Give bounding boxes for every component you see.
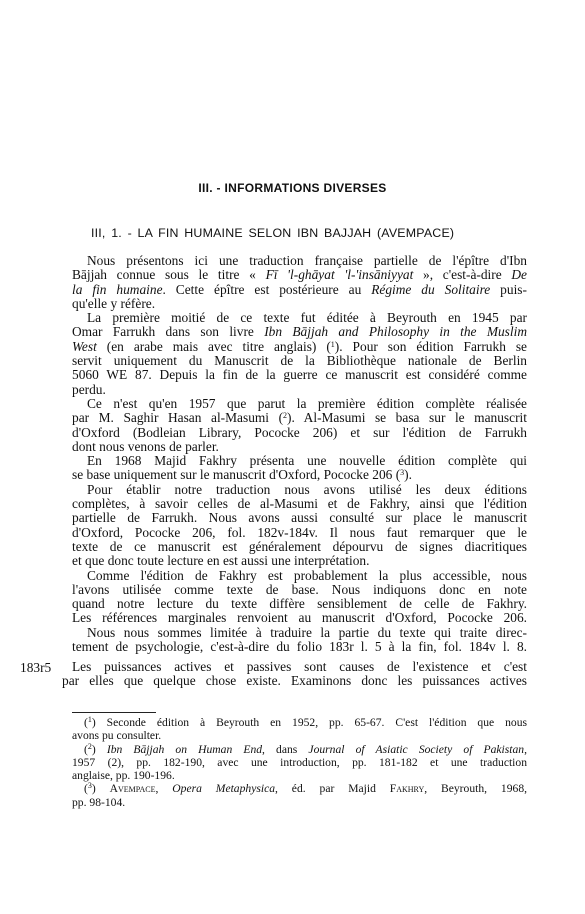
text-line: qu'elle y réfère. <box>72 297 527 311</box>
footnote-2: (2) Ibn Bājjah on Human End, dans Journa… <box>72 743 527 783</box>
text-line: Omar Farrukh dans son livre Ibn Bājjah a… <box>72 325 527 339</box>
italic-title: West <box>72 339 97 354</box>
text-fragment: », c'est-à-dire <box>413 267 511 282</box>
text-line: servit uniquement du Manuscrit de la Bib… <box>72 354 527 368</box>
text-line: dont nous venons de parler. <box>72 440 527 454</box>
text-line: Nous présentons ici une traduction franç… <box>72 254 527 268</box>
text-line: Comme l'édition de Fakhry est probableme… <box>72 569 527 583</box>
subsection-title: III, 1. - LA FIN HUMAINE SELON IBN BAJJA… <box>91 226 454 240</box>
paragraph-2: La première moitié de ce texte fut édité… <box>72 311 527 397</box>
italic-title: Ibn Bājjah on Human End <box>107 743 262 756</box>
text-line: par elles que quelque chose existe. Exam… <box>62 674 527 688</box>
text-fragment: , éd. par Majid <box>275 782 390 795</box>
text-line: 5060 WE 87. Depuis la fin de la guerre c… <box>72 368 527 382</box>
text-line: tement de psychologie, c'est-à-dire du f… <box>72 640 527 654</box>
text-line: Nous nous sommes limitée à traduire la p… <box>72 626 527 640</box>
text-fragment: ) <box>92 782 110 795</box>
text-fragment: puis- <box>490 282 527 297</box>
text-line: anglaise, pp. 190-196. <box>72 769 527 782</box>
text-line: la fin humaine. Cette épître est postéri… <box>72 283 527 297</box>
author-name: Fakhry <box>390 782 424 795</box>
italic-title: Journal of Asiatic Society of Pakistan <box>308 743 524 756</box>
text-line: d'Oxford (Bodleian Library, Pococke 206)… <box>72 426 527 440</box>
text-fragment: , Beyrouth, 1968, <box>424 782 527 795</box>
text-line: La première moitié de ce texte fut édité… <box>72 311 527 325</box>
intro-body: Nous présentons ici une traduction franç… <box>72 254 527 654</box>
footnotes: (1) Seconde édition à Beyrouth en 1952, … <box>72 716 527 809</box>
text-fragment: , <box>156 782 173 795</box>
text-line: se base uniquement sur le manuscrit d'Ox… <box>72 468 527 482</box>
text-fragment: (en arabe mais avec titre anglais) ( <box>97 339 331 354</box>
italic-title: Opera Metaphysica <box>172 782 275 795</box>
text-fragment: ). <box>404 467 412 482</box>
text-line: partielle de Farrukh. Nous avons aussi c… <box>72 511 527 525</box>
text-line: (3) Avempace, Opera Metaphysica, éd. par… <box>72 782 527 795</box>
footnote-1: (1) Seconde édition à Beyrouth en 1952, … <box>72 716 527 743</box>
text-line: et que donc toute lecture en est aussi u… <box>72 554 527 568</box>
italic-title: Ibn Bājjah and Philosophy in the Muslim <box>264 324 527 339</box>
translation-text: Les puissances actives et passives sont … <box>62 660 527 689</box>
text-line: complètes, à savoir celles de al-Masumi … <box>72 497 527 511</box>
text-line: Pour établir notre traduction nous avons… <box>72 483 527 497</box>
text-fragment: par M. Saghir Hasan al-Masumi ( <box>72 410 283 425</box>
italic-title: Régime du Solitaire <box>371 282 490 297</box>
document-page: III. - INFORMATIONS DIVERSES III, 1. - L… <box>0 0 585 914</box>
text-fragment: ). Al-Masumi se basa sur le manuscrit <box>287 410 527 425</box>
text-fragment: ) Seconde édition à Beyrouth en 1952, pp… <box>92 716 527 729</box>
text-line: Les puissances actives et passives sont … <box>62 660 527 674</box>
text-fragment: Omar Farrukh dans son livre <box>72 324 264 339</box>
footnote-3: (3) Avempace, Opera Metaphysica, éd. par… <box>72 782 527 809</box>
italic-title: la fin humaine <box>72 282 163 297</box>
paragraph-1: Nous présentons ici une traduction franç… <box>72 254 527 311</box>
text-line: Bājjah connue sous le titre « Fī 'l-ghāy… <box>72 268 527 282</box>
text-line: d'Oxford, Pococke 206, fol. 182v-184v. I… <box>72 526 527 540</box>
text-line: Ce n'est qu'en 1957 que parut la premièr… <box>72 397 527 411</box>
text-line: 1957 (2), pp. 182-190, avec une introduc… <box>72 756 527 769</box>
author-name: Avempace <box>110 782 156 795</box>
text-line: pp. 98-104. <box>72 796 527 809</box>
text-line: quand notre lecture du texte diffère sen… <box>72 597 527 611</box>
text-line: perdu. <box>72 383 527 397</box>
paragraph-7: Nous nous sommes limitée à traduire la p… <box>72 626 527 655</box>
text-line: West (en arabe mais avec titre anglais) … <box>72 340 527 354</box>
text-line: (1) Seconde édition à Beyrouth en 1952, … <box>72 716 527 729</box>
paragraph-4: En 1968 Majid Fakhry présenta une nouvel… <box>72 454 527 483</box>
text-line: l'avons utilisée comme texte de base. No… <box>72 583 527 597</box>
footnote-divider <box>72 712 156 713</box>
text-line: texte de ce manuscrit est généralement d… <box>72 540 527 554</box>
text-line: Les références marginales renvoient au m… <box>72 611 527 625</box>
italic-title: De <box>511 267 527 282</box>
text-line: En 1968 Majid Fakhry présenta une nouvel… <box>72 454 527 468</box>
text-fragment: , <box>524 743 527 756</box>
text-fragment: , dans <box>262 743 308 756</box>
text-fragment: Bājjah connue sous le titre « <box>72 267 266 282</box>
text-line: par M. Saghir Hasan al-Masumi (2). Al-Ma… <box>72 411 527 425</box>
text-line: (2) Ibn Bājjah on Human End, dans Journa… <box>72 743 527 756</box>
text-fragment: . Cette épître est postérieure au <box>163 282 372 297</box>
text-fragment: ). Pour son édition Farrukh se <box>335 339 527 354</box>
paragraph-3: Ce n'est qu'en 1957 que parut la premièr… <box>72 397 527 454</box>
italic-title: Fī 'l-ghāyat 'l-'insāniyyat <box>266 267 414 282</box>
paragraph-6: Comme l'édition de Fakhry est probableme… <box>72 569 527 626</box>
text-line: avons pu consulter. <box>72 729 527 742</box>
section-title: III. - INFORMATIONS DIVERSES <box>0 181 585 195</box>
text-fragment: se base uniquement sur le manuscrit d'Ox… <box>72 467 400 482</box>
text-fragment: ) <box>92 743 107 756</box>
paragraph-5: Pour établir notre traduction nous avons… <box>72 483 527 569</box>
margin-reference: 183r5 <box>20 660 51 676</box>
